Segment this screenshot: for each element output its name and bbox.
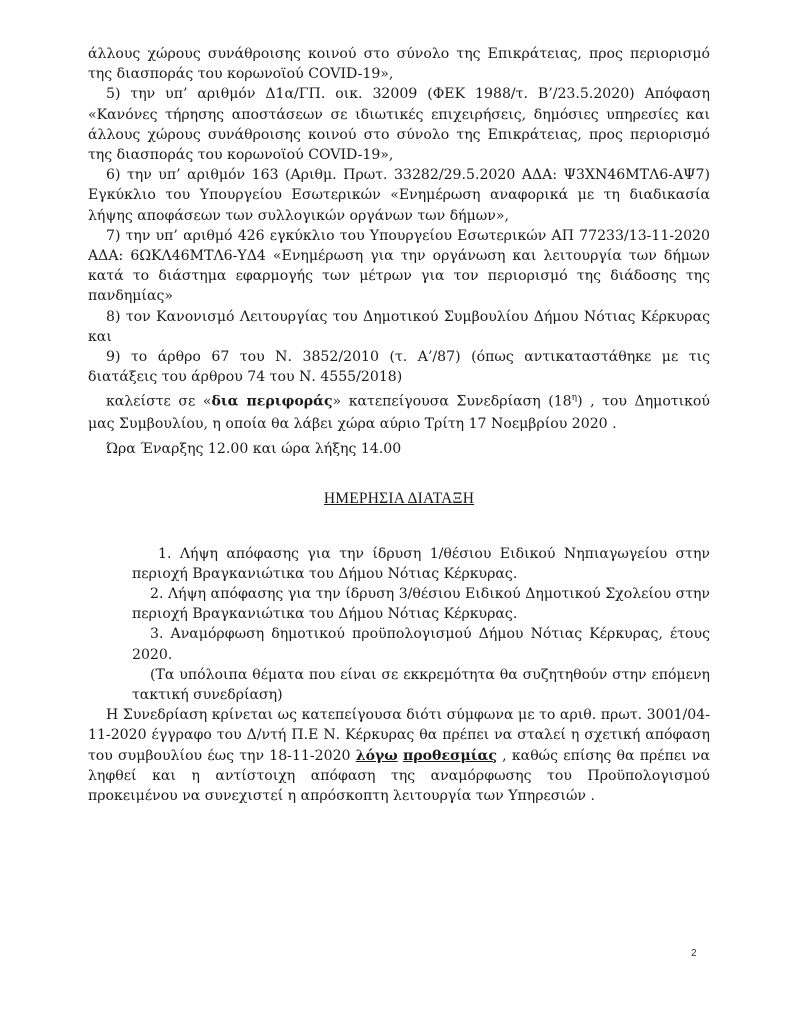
reference-7: 7) την υπ’ αριθμό 426 εγκύκλιο του Υπουρ…	[88, 226, 710, 307]
invitation-bold: δια περιφοράς	[211, 394, 332, 410]
page-number: 2	[691, 948, 697, 959]
urgency-paragraph: Η Συνεδρίαση κρίνεται ως κατεπείγουσα δι…	[88, 705, 710, 806]
reference-6: 6) την υπ’ αριθμόν 163 (Αριθμ. Πρωτ. 332…	[88, 165, 710, 226]
time-line: Ώρα Έναρξης 12.00 και ώρα λήξης 14.00	[88, 439, 710, 459]
continuation-paragraph: άλλους χώρους συνάθροισης κοινού στο σύν…	[88, 44, 710, 84]
invitation-prefix: καλείστε σε «	[106, 394, 211, 410]
agenda-heading: ΗΜΕΡΗΣΙΑ ΔΙΑΤΑΞΗ	[88, 489, 710, 509]
urgency-bold-2: προθεσμίας	[403, 748, 497, 764]
reference-8: 8) τον Κανονισμό Λειτουργίας του Δημοτικ…	[88, 307, 710, 347]
agenda-item-2: 2. Λήψη απόφασης για την ίδρυση 3/θέσιου…	[132, 584, 710, 624]
reference-9: 9) το άρθρο 67 του Ν. 3852/2010 (τ. Α’/8…	[88, 347, 710, 387]
document-page: άλλους χώρους συνάθροισης κοινού στο σύν…	[88, 44, 710, 806]
agenda-item-1: 1. Λήψη απόφασης για την ίδρυση 1/θέσιου…	[132, 544, 710, 584]
reference-5: 5) την υπ’ αριθμόν Δ1α/ΓΠ. οικ. 32009 (Φ…	[88, 84, 710, 165]
agenda-list: 1. Λήψη απόφασης για την ίδρυση 1/θέσιου…	[132, 544, 710, 706]
invitation-paragraph: καλείστε σε «δια περιφοράς» κατεπείγουσα…	[88, 387, 710, 435]
invitation-middle: » κατεπείγουσα Συνεδρίαση (18	[333, 394, 572, 410]
agenda-note: (Τα υπόλοιπα θέματα που είναι σε εκκρεμό…	[132, 665, 710, 705]
urgency-bold-1: λόγω	[356, 748, 398, 764]
agenda-item-3: 3. Αναμόρφωση δημοτικού προϋπολογισμού Δ…	[132, 624, 710, 664]
